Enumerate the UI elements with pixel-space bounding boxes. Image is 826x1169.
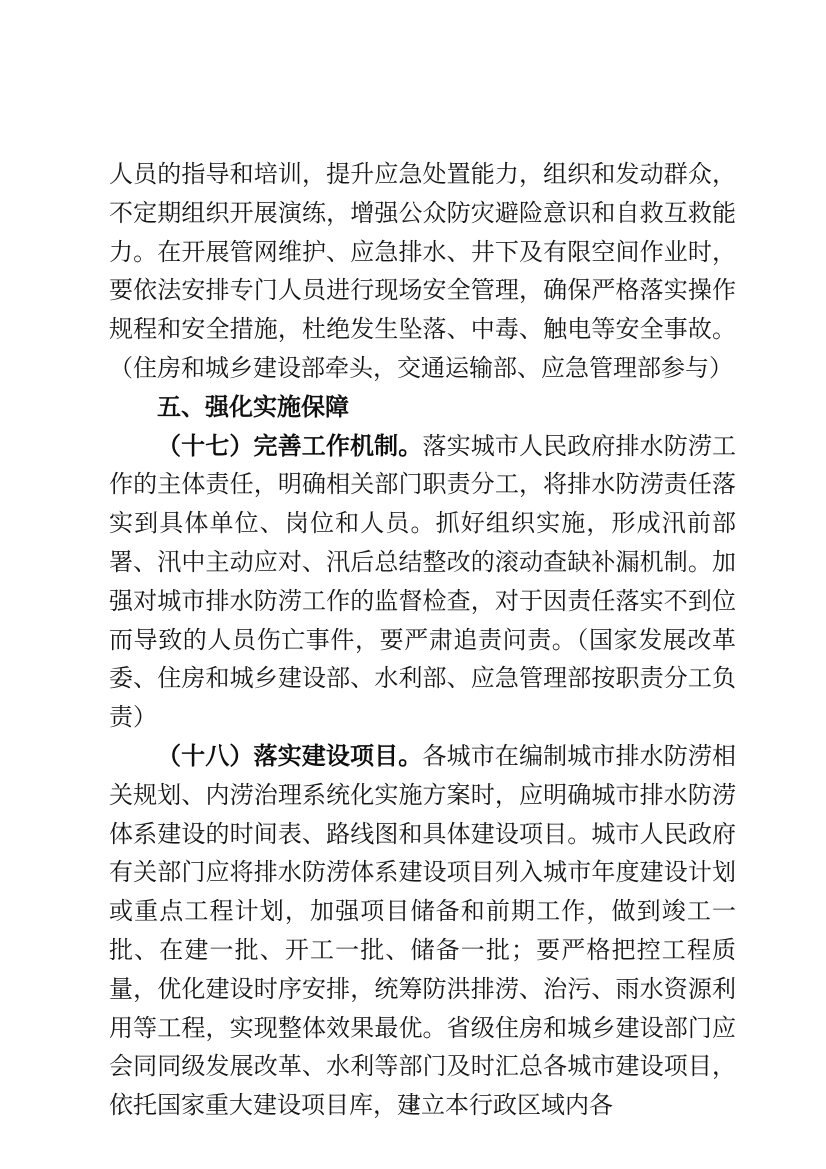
document-page: 人员的指导和培训，提升应急处置能力，组织和发动群众，不定期组织开展演练，增强公众… xyxy=(0,0,826,1169)
paragraph-lead: （十七）完善工作机制。 xyxy=(157,434,422,460)
section-heading: 五、强化实施保障 xyxy=(109,389,736,428)
page-footer: 8 xyxy=(0,1094,826,1118)
paragraph-lead: （十八）落实建设项目。 xyxy=(157,744,422,770)
document-body: 人员的指导和培训，提升应急处置能力，组织和发动群众，不定期组织开展演练，增强公众… xyxy=(109,156,736,1126)
page-number: 8 xyxy=(409,1096,418,1115)
paragraph-continuation: 人员的指导和培训，提升应急处置能力，组织和发动群众，不定期组织开展演练，增强公众… xyxy=(109,156,736,389)
paragraph-text: 各城市在编制城市排水防涝相关规划、内涝治理系统化实施方案时，应明确城市排水防涝体… xyxy=(109,744,736,1119)
paragraph-text: 落实城市人民政府排水防涝工作的主体责任，明确相关部门职责分工，将排水防涝责任落实… xyxy=(109,434,736,732)
paragraph-item-18: （十八）落实建设项目。各城市在编制城市排水防涝相关规划、内涝治理系统化实施方案时… xyxy=(109,738,736,1126)
paragraph-item-17: （十七）完善工作机制。落实城市人民政府排水防涝工作的主体责任，明确相关部门职责分… xyxy=(109,428,736,738)
